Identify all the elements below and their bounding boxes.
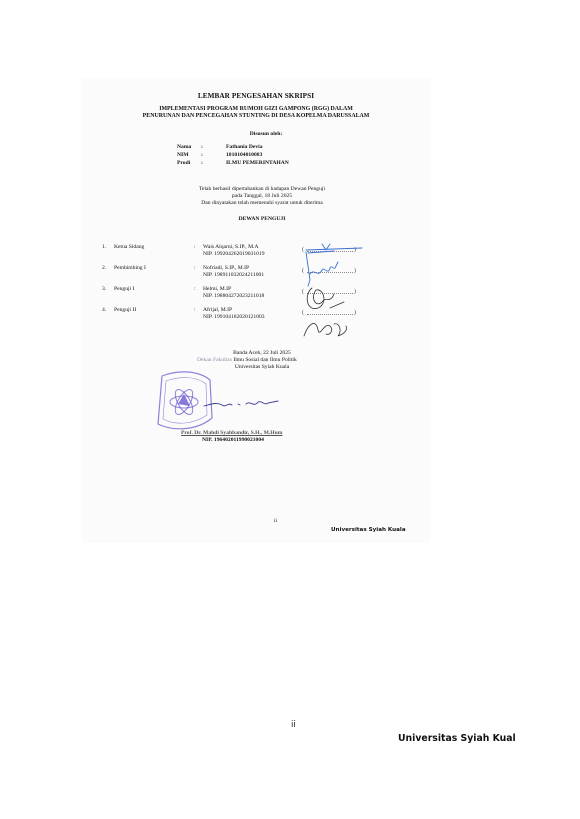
author-nim-label: NIM [177, 152, 189, 158]
defense-statement-line-1: Telah berhasil dipertahankan di hadapan … [94, 186, 430, 192]
dean-title: Dekan Fakultas Ilmu Sosial dan Ilmu Poli… [197, 357, 297, 363]
member-role: Penguji I [114, 286, 134, 292]
member-role: Penguji II [114, 307, 136, 313]
member-name: Helmi, M.IP [203, 286, 231, 292]
place-date: Banda Aceh, 22 Juli 2025 [94, 350, 430, 356]
document-heading: LEMBAR PENGESAHAN SKRIPSI [82, 92, 430, 100]
member-number: 1. [102, 244, 106, 250]
author-nim-value: 1810104010083 [226, 152, 262, 158]
dean-title-rest: Ilmu Sosial dan Ilmu Politik [233, 357, 296, 363]
member-nip: NIP. 199204262019031019 [203, 251, 265, 257]
university-name: Universitas Syiah Kuala [94, 364, 430, 370]
title-line-2: PENURUNAN DAN PENCEGAHAN STUNTING DI DES… [82, 113, 430, 119]
author-block: Nama : Fathania Devia NIM : 181010401008… [177, 144, 377, 174]
committee-signatures-icon [294, 238, 404, 348]
member-role: Ketua Sidang [114, 244, 144, 250]
author-name-label: Nama [177, 144, 191, 150]
inner-page-number: ii [274, 518, 277, 524]
page-number: ii [291, 720, 296, 730]
author-prodi-label: Prodi [177, 160, 190, 166]
member-number: 3. [102, 286, 106, 292]
member-role: Pembimbing I [114, 265, 146, 271]
colon: : [194, 307, 196, 313]
defense-statement-line-3: Dan dinyatakan telah memenuhi syarat unt… [94, 200, 430, 206]
dean-name: Prof. Dr. Mahdi Syahbandir, S.H., M.Hum [181, 430, 282, 436]
member-nip: NIP. 199104182020121003 [203, 314, 265, 320]
title-line-1: IMPLEMENTASI PROGRAM RUMOH GIZI GAMPONG … [82, 106, 430, 112]
author-prodi-value: ILMU PEMERINTAHAN [226, 160, 289, 166]
author-name-value: Fathania Devia [226, 144, 263, 150]
dean-title-prefix: Dekan Fakultas [197, 357, 232, 363]
colon: : [194, 265, 196, 271]
scanned-approval-sheet: LEMBAR PENGESAHAN SKRIPSI IMPLEMENTASI P… [82, 78, 430, 543]
colon: : [201, 160, 203, 166]
colon: : [194, 286, 196, 292]
member-number: 2. [102, 265, 106, 271]
page-footer: Universitas Syiah Kual [398, 733, 516, 744]
member-name: Afrijal, M.IP [203, 307, 232, 313]
colon: : [201, 144, 203, 150]
committee-heading: DEWAN PENGUJI [94, 216, 430, 222]
dean-nip: NIP. 196402011990021004 [202, 437, 264, 443]
member-nip: NIP. 198911032024211001 [203, 272, 264, 278]
member-name: Nofriadi, S.IP., M.IP [203, 265, 249, 271]
member-nip: NIP. 198804272023211018 [203, 293, 264, 299]
inner-footer: Universitas Syiah Kuala [331, 527, 406, 533]
prepared-by-label: Disusun oleh: [102, 131, 430, 137]
colon: : [201, 152, 203, 158]
member-name: Wais Alqarni, S.IP., M.A [203, 244, 259, 250]
colon: : [194, 244, 196, 250]
defense-statement-line-2: pada Tanggal, 18 Juli 2025 [94, 193, 430, 199]
dean-signature-icon [202, 396, 282, 416]
member-number: 4. [102, 307, 106, 313]
